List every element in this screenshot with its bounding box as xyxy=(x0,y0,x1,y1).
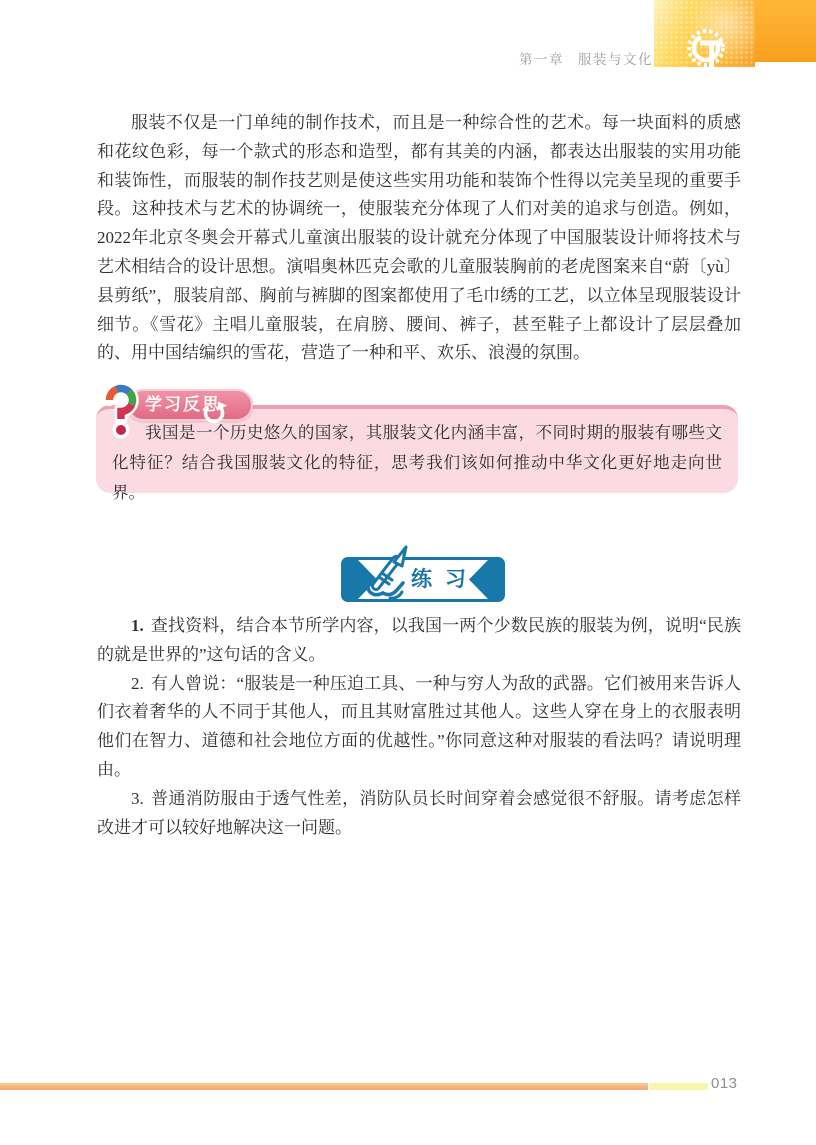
chapter-title: 服装与文化 xyxy=(578,52,653,67)
footer-bar xyxy=(0,1083,648,1090)
question-number: 3. xyxy=(131,789,144,808)
reflection-text: 我国是一个历史悠久的国家，其服装文化内涵丰富，不同时期的服装有哪些文化特征？结合… xyxy=(112,418,722,508)
footer-accent xyxy=(650,1083,708,1090)
chapter-label: 第一章 xyxy=(519,52,564,67)
page-number: 013 xyxy=(711,1075,738,1092)
textbook-page: 第一章服装与文化 服装不仅是一门单纯的制作技术，而且是一种综合性的艺术。每一块面… xyxy=(0,0,816,1145)
exercise-questions: 1.查找资料，结合本节所学内容，以我国一两个少数民族的服装为例，说明“民族的就是… xyxy=(97,612,741,842)
question-item: 2.有人曾说：“服装是一种压迫工具、一种与穷人为敌的武器。它们被用来告诉人们衣着… xyxy=(97,670,741,785)
question-item: 3.普通消防服由于透气性差，消防队员长时间穿着会感觉很不舒服。请考虑怎样改进才可… xyxy=(97,785,741,843)
question-number: 1. xyxy=(131,616,144,635)
exercise-label: 练习 xyxy=(411,557,479,602)
reflection-label: 学习反思 xyxy=(127,389,253,421)
question-text: 查找资料，结合本节所学内容，以我国一两个少数民族的服装为例，说明“民族的就是世界… xyxy=(97,616,741,664)
refresh-arrow-icon xyxy=(201,400,227,426)
question-number: 2. xyxy=(131,674,144,693)
page-header: 第一章服装与文化 xyxy=(519,48,653,68)
writing-hand-icon xyxy=(363,543,413,603)
question-item: 1.查找资料，结合本节所学内容，以我国一两个少数民族的服装为例，说明“民族的就是… xyxy=(97,612,741,670)
question-text: 有人曾说：“服装是一种压迫工具、一种与穷人为敌的武器。它们被用来告诉人们衣着奢华… xyxy=(97,674,741,779)
body-paragraph: 服装不仅是一门单纯的制作技术，而且是一种综合性的艺术。每一块面料的质感和花纹色彩… xyxy=(97,109,741,368)
question-text: 普通消防服由于透气性差，消防队员长时间穿着会感觉很不舒服。请考虑怎样改进才可以较… xyxy=(97,789,741,837)
gear-logo-icon xyxy=(680,26,736,86)
question-mark-icon xyxy=(99,383,145,441)
header-accent-block xyxy=(755,0,816,62)
exercise-banner: 练习 xyxy=(341,557,505,602)
